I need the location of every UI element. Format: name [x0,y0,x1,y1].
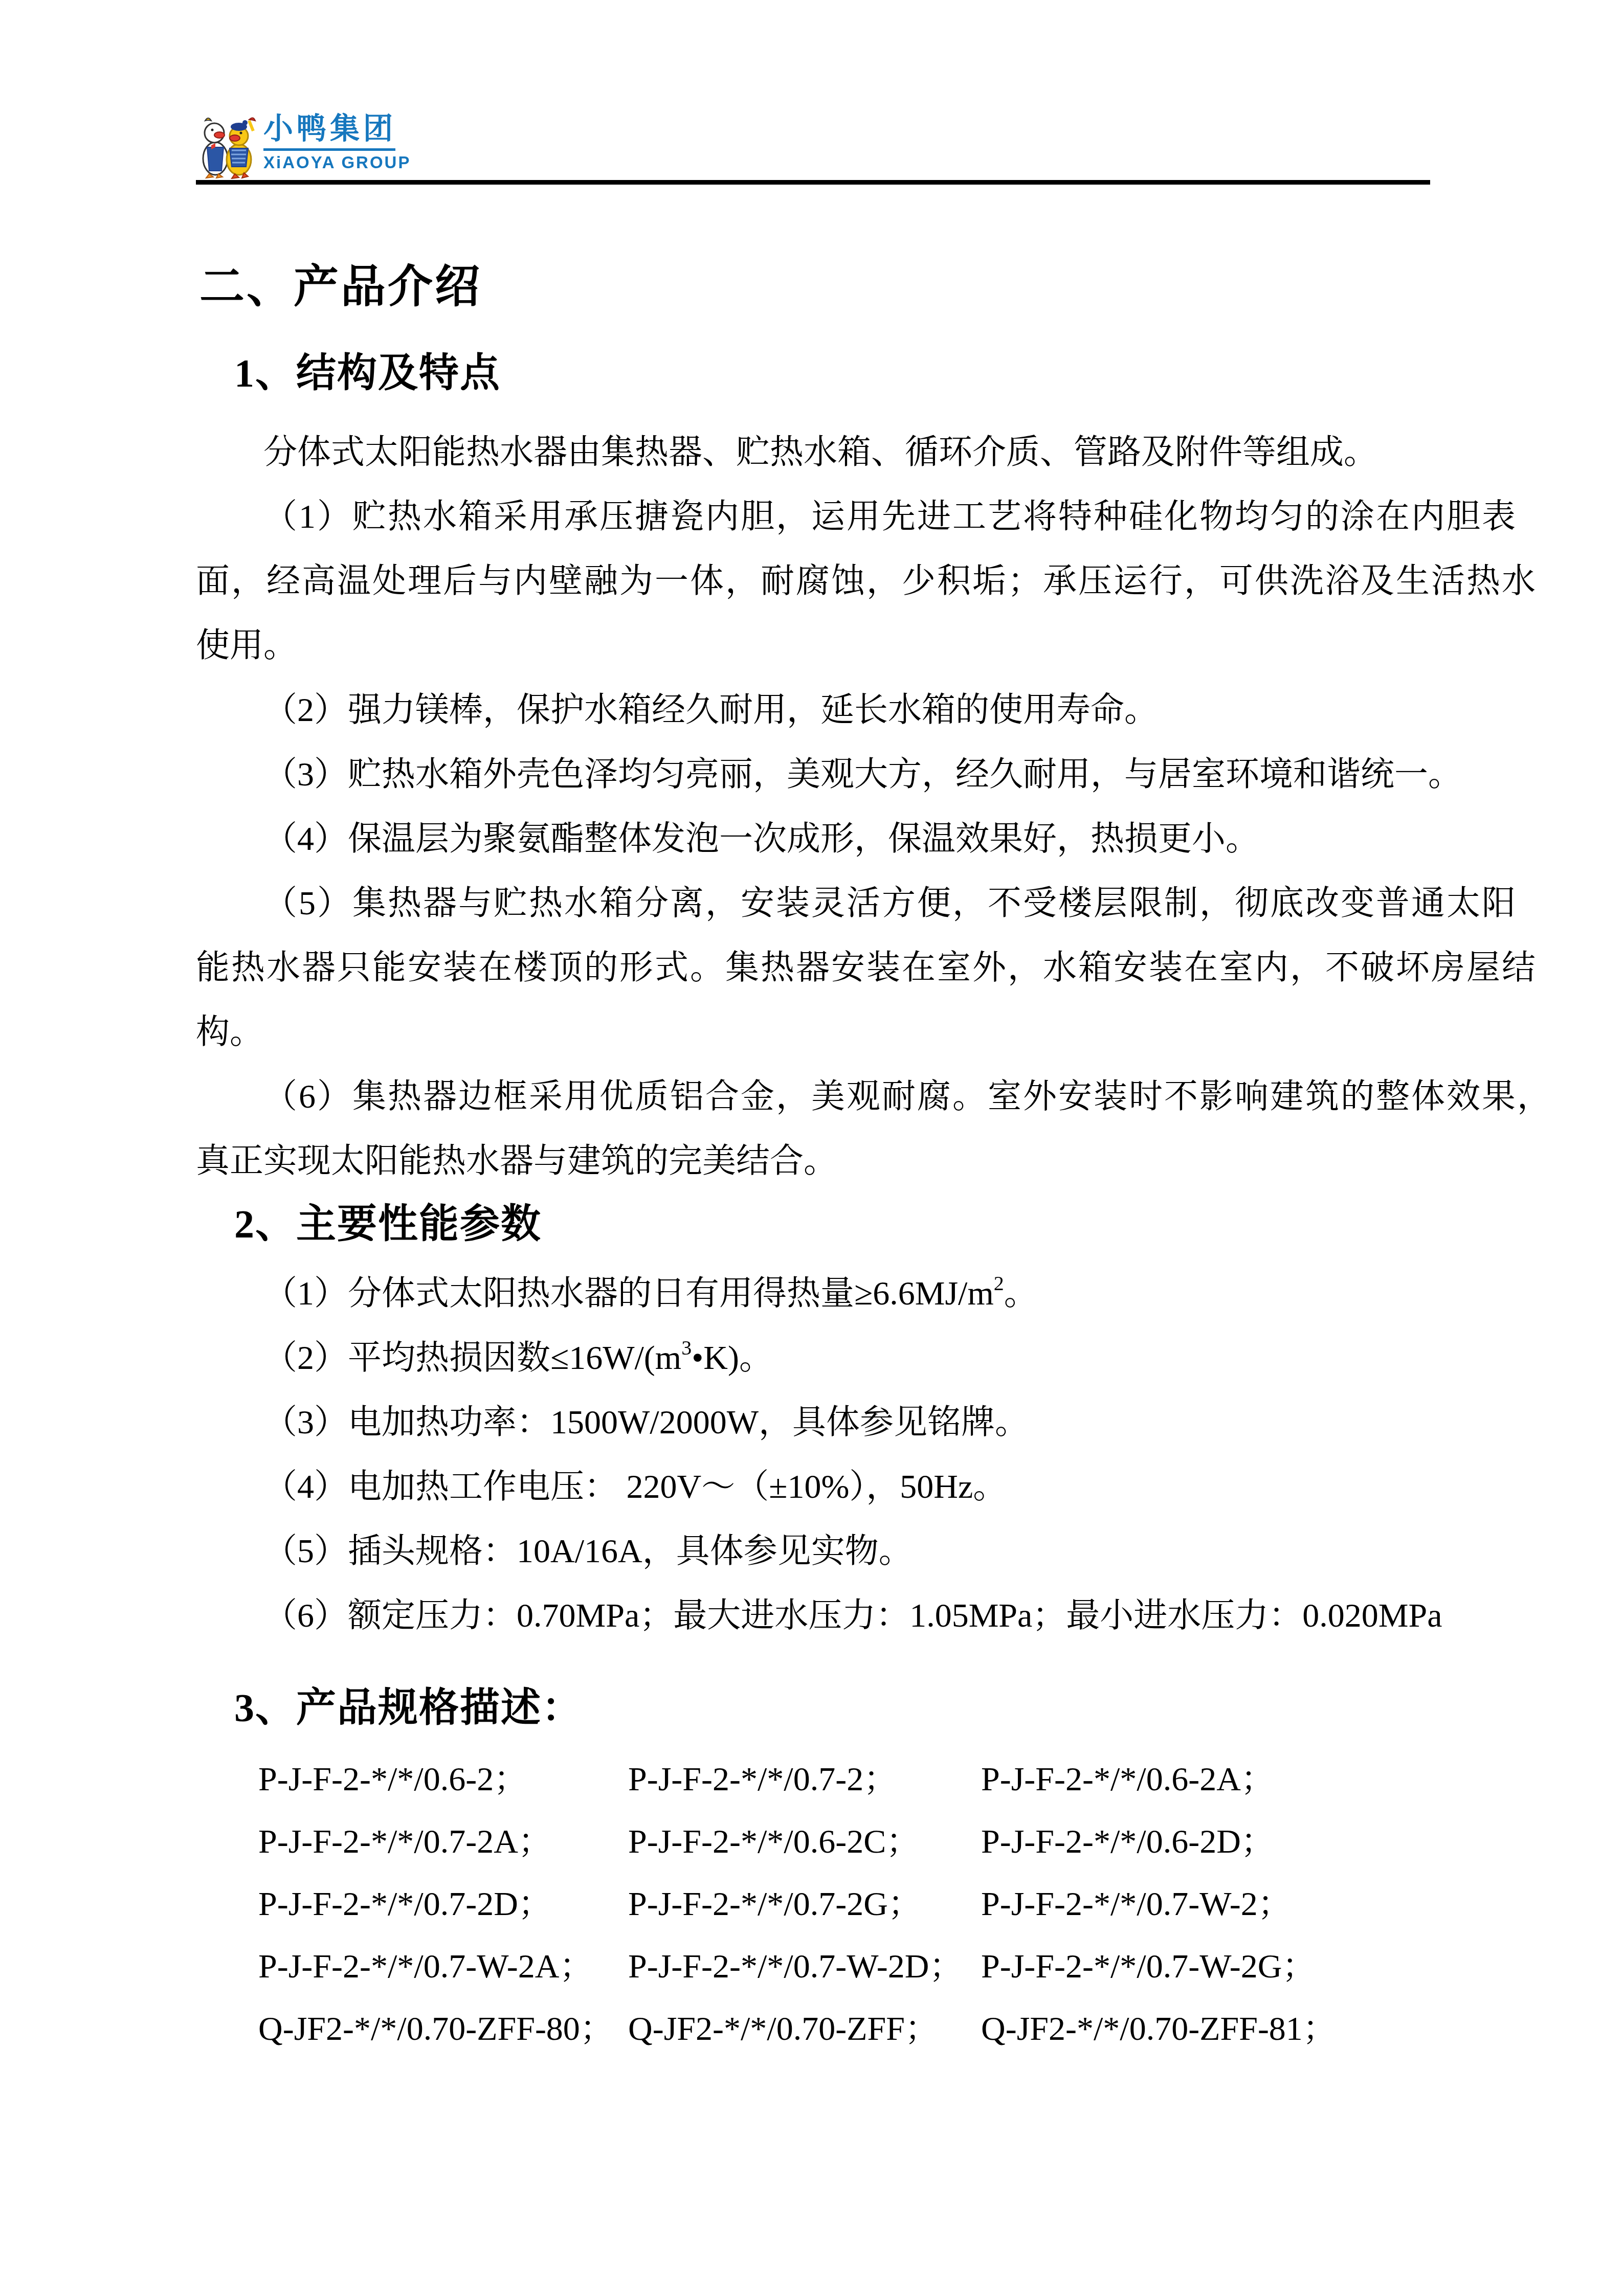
body-line: 面，经高温处理后与内壁融为一体，耐腐蚀，少积垢；承压运行，可供洗浴及生活热水 [196,564,1537,599]
brand-underline [263,148,395,151]
product-code: P-J-F-2-*/*/0.7-W-2D； [628,1949,963,1985]
body-line: （5）集热器与贮热水箱分离，安装灵活方便，不受楼层限制，彻底改变普通太阳 [263,886,1517,921]
parameter-text: （4）电加热工作电压： 220V～（±10%），50Hz。 [263,1468,1007,1505]
body-line: 使用。 [196,628,297,664]
parameter-item: （6）额定压力：0.70MPa；最大进水压力：1.05MPa；最小进水压力：0.… [263,1598,1442,1634]
product-code: Q-JF2-*/*/0.70-ZFF-80； [258,2011,614,2047]
section2-heading: 2、主要性能参数 [234,1203,542,1246]
body-line: （1）贮热水箱采用承压搪瓷内胆，运用先进工艺将特种硅化物均匀的涂在内胆表 [263,499,1517,535]
product-code: P-J-F-2-*/*/0.7-2A； [258,1824,552,1860]
product-code: Q-JF2-*/*/0.70-ZFF； [628,2011,939,2047]
product-code: P-J-F-2-*/*/0.7-W-2G； [981,1949,1316,1985]
superscript: 2 [994,1272,1004,1295]
product-code: P-J-F-2-*/*/0.7-2D； [258,1886,552,1922]
brand-name-en: XiAOYA GROUP [263,154,411,171]
document-page: 小鸭集团 XiAOYA GROUP 二、产品介绍 1、结构及特点 分体式太阳能热… [0,0,1624,2296]
header-rule [196,180,1430,185]
body-line: （2）强力镁棒，保护水箱经久耐用，延长水箱的使用寿命。 [263,692,1158,728]
product-code: P-J-F-2-*/*/0.7-2； [628,1762,897,1797]
parameter-item: （4）电加热工作电压： 220V～（±10%），50Hz。 [263,1469,1007,1505]
superscript: 3 [681,1336,692,1359]
brand-name-cn: 小鸭集团 [263,114,411,144]
parameter-text: （6）额定压力：0.70MPa；最大进水压力：1.05MPa；最小进水压力：0.… [263,1597,1442,1634]
parameter-item: （5）插头规格：10A/16A，具体参见实物。 [263,1534,913,1569]
company-logo: 小鸭集团 XiAOYA GROUP [196,114,411,179]
body-line: 真正实现太阳能热水器与建筑的完美结合。 [196,1143,837,1179]
product-code: Q-JF2-*/*/0.70-ZFF-81； [981,2011,1337,2047]
parameter-item: （3）电加热功率：1500W/2000W，具体参见铭牌。 [263,1405,1029,1440]
product-code: P-J-F-2-*/*/0.6-2； [258,1762,527,1797]
product-code: P-J-F-2-*/*/0.6-2D； [981,1824,1275,1860]
parameter-text: （2）平均热损因数≤16W/(m [263,1339,681,1377]
brand-text: 小鸭集团 XiAOYA GROUP [263,114,411,171]
parameter-text: 。 [1004,1275,1038,1312]
product-code: P-J-F-2-*/*/0.7-W-2A； [258,1949,593,1985]
parameter-text: •K)。 [692,1339,773,1377]
body-line: （4）保温层为聚氨酯整体发泡一次成形，保温效果好，热损更小。 [263,821,1259,857]
product-code: P-J-F-2-*/*/0.6-2A； [981,1762,1275,1797]
body-line: （6）集热器边框采用优质铝合金，美观耐腐。室外安装时不影响建筑的整体效果， [263,1079,1552,1115]
page-title: 二、产品介绍 [199,262,482,311]
two-ducks-mascot-icon [196,114,259,179]
body-line: 构。 [196,1015,263,1050]
parameter-text: （1）分体式太阳热水器的日有用得热量≥6.6MJ/m [263,1275,994,1312]
parameter-text: （3）电加热功率：1500W/2000W，具体参见铭牌。 [263,1404,1029,1441]
section3-heading: 3、产品规格描述： [234,1686,583,1729]
product-code: P-J-F-2-*/*/0.6-2C； [628,1824,920,1860]
product-code: P-J-F-2-*/*/0.7-W-2； [981,1886,1292,1922]
body-line: 能热水器只能安装在楼顶的形式。集热器安装在室外，水箱安装在室内，不破坏房屋结 [196,950,1537,986]
parameter-item: （2）平均热损因数≤16W/(m3•K)。 [263,1340,773,1376]
body-line: 分体式太阳能热水器由集热器、贮热水箱、循环介质、管路及附件等组成。 [263,435,1377,470]
body-line: （3）贮热水箱外壳色泽均匀亮丽，美观大方，经久耐用，与居室环境和谐统一。 [263,757,1462,793]
parameter-item: （1）分体式太阳热水器的日有用得热量≥6.6MJ/m2。 [263,1276,1038,1312]
product-code: P-J-F-2-*/*/0.7-2G； [628,1886,922,1922]
section1-heading: 1、结构及特点 [234,352,501,395]
parameter-text: （5）插头规格：10A/16A，具体参见实物。 [263,1533,913,1570]
